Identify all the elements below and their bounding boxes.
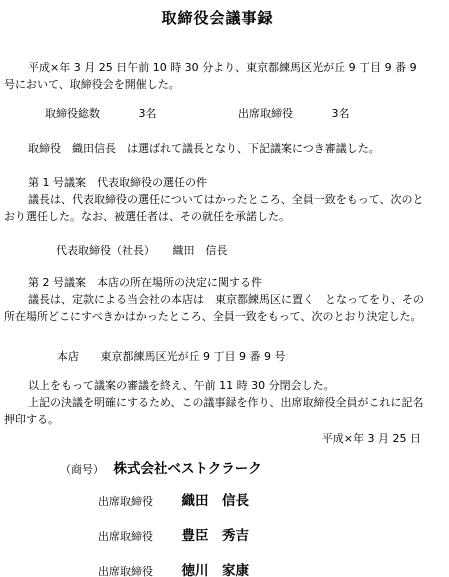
chairman-election-line: 取締役 織田信長 は選ばれて議長となり、下記議案につき審議した。	[4, 140, 431, 157]
agenda1-body: 議長は、代表取締役の選任についてはかったところ、全員一致をもって、次のとおり選任…	[4, 191, 431, 225]
closing-line1: 以上をもって議案の審議を終え、午前 11 時 30 分閉会した。	[4, 377, 431, 394]
agenda1-heading: 第 1 号議案 代表取締役の選任の件	[4, 174, 431, 191]
document-date: 平成×年 3 月 25 日	[4, 430, 421, 447]
signature-role-label: 出席取締役	[98, 530, 153, 543]
appointee-title-label: 代表取締役（社長）	[56, 244, 155, 257]
director-name: 織田 信長	[182, 493, 250, 509]
company-label: （商号）	[60, 463, 104, 476]
total-directors-label: 取締役総数	[45, 107, 100, 120]
signature-row: 出席取締役 織田 信長	[4, 494, 431, 509]
opening-paragraph: 平成×年 3 月 25 日午前 10 時 30 分より、東京都練馬区光が丘 9 …	[4, 59, 431, 93]
attendance-row: 取締役総数 3名 出席取締役 3名	[4, 105, 431, 122]
present-directors-value: 3名	[332, 107, 350, 120]
company-row: （商号） 株式会社ベストクラーク	[4, 461, 431, 478]
director-name: 徳川 家康	[182, 563, 250, 577]
page-title: 取締役会議事録	[4, 8, 431, 28]
appointee-name: 織田 信長	[173, 244, 228, 257]
head-office-address: 東京都練馬区光が丘 9 丁目 9 番 9 号	[101, 350, 286, 363]
present-directors-label: 出席取締役	[238, 107, 293, 120]
signature-row: 出席取締役 徳川 家康	[4, 564, 431, 577]
signature-row: 出席取締役 豊臣 秀吉	[4, 529, 431, 544]
company-name: 株式会社ベストクラーク	[114, 461, 262, 477]
agenda2-heading: 第 2 号議案 本店の所在場所の決定に関する件	[4, 274, 431, 291]
minutes-document: 取締役会議事録 平成×年 3 月 25 日午前 10 時 30 分より、東京都練…	[0, 8, 449, 577]
head-office-row: 本店 東京都練馬区光が丘 9 丁目 9 番 9 号	[4, 348, 431, 365]
head-office-label: 本店	[57, 350, 79, 363]
signature-role-label: 出席取締役	[98, 495, 153, 508]
closing-line2: 上記の決議を明確にするため、この議事録を作り、出席取締役全員がこれに記名押印する…	[4, 394, 431, 428]
signature-role-label: 出席取締役	[98, 565, 153, 577]
total-directors-value: 3名	[139, 107, 157, 120]
appointee-row: 代表取締役（社長） 織田 信長	[4, 242, 431, 259]
director-name: 豊臣 秀吉	[182, 528, 250, 544]
agenda2-body: 議長は、定款による当会社の本店は 東京都練馬区に置く となってをり、その所在場所…	[4, 291, 431, 325]
